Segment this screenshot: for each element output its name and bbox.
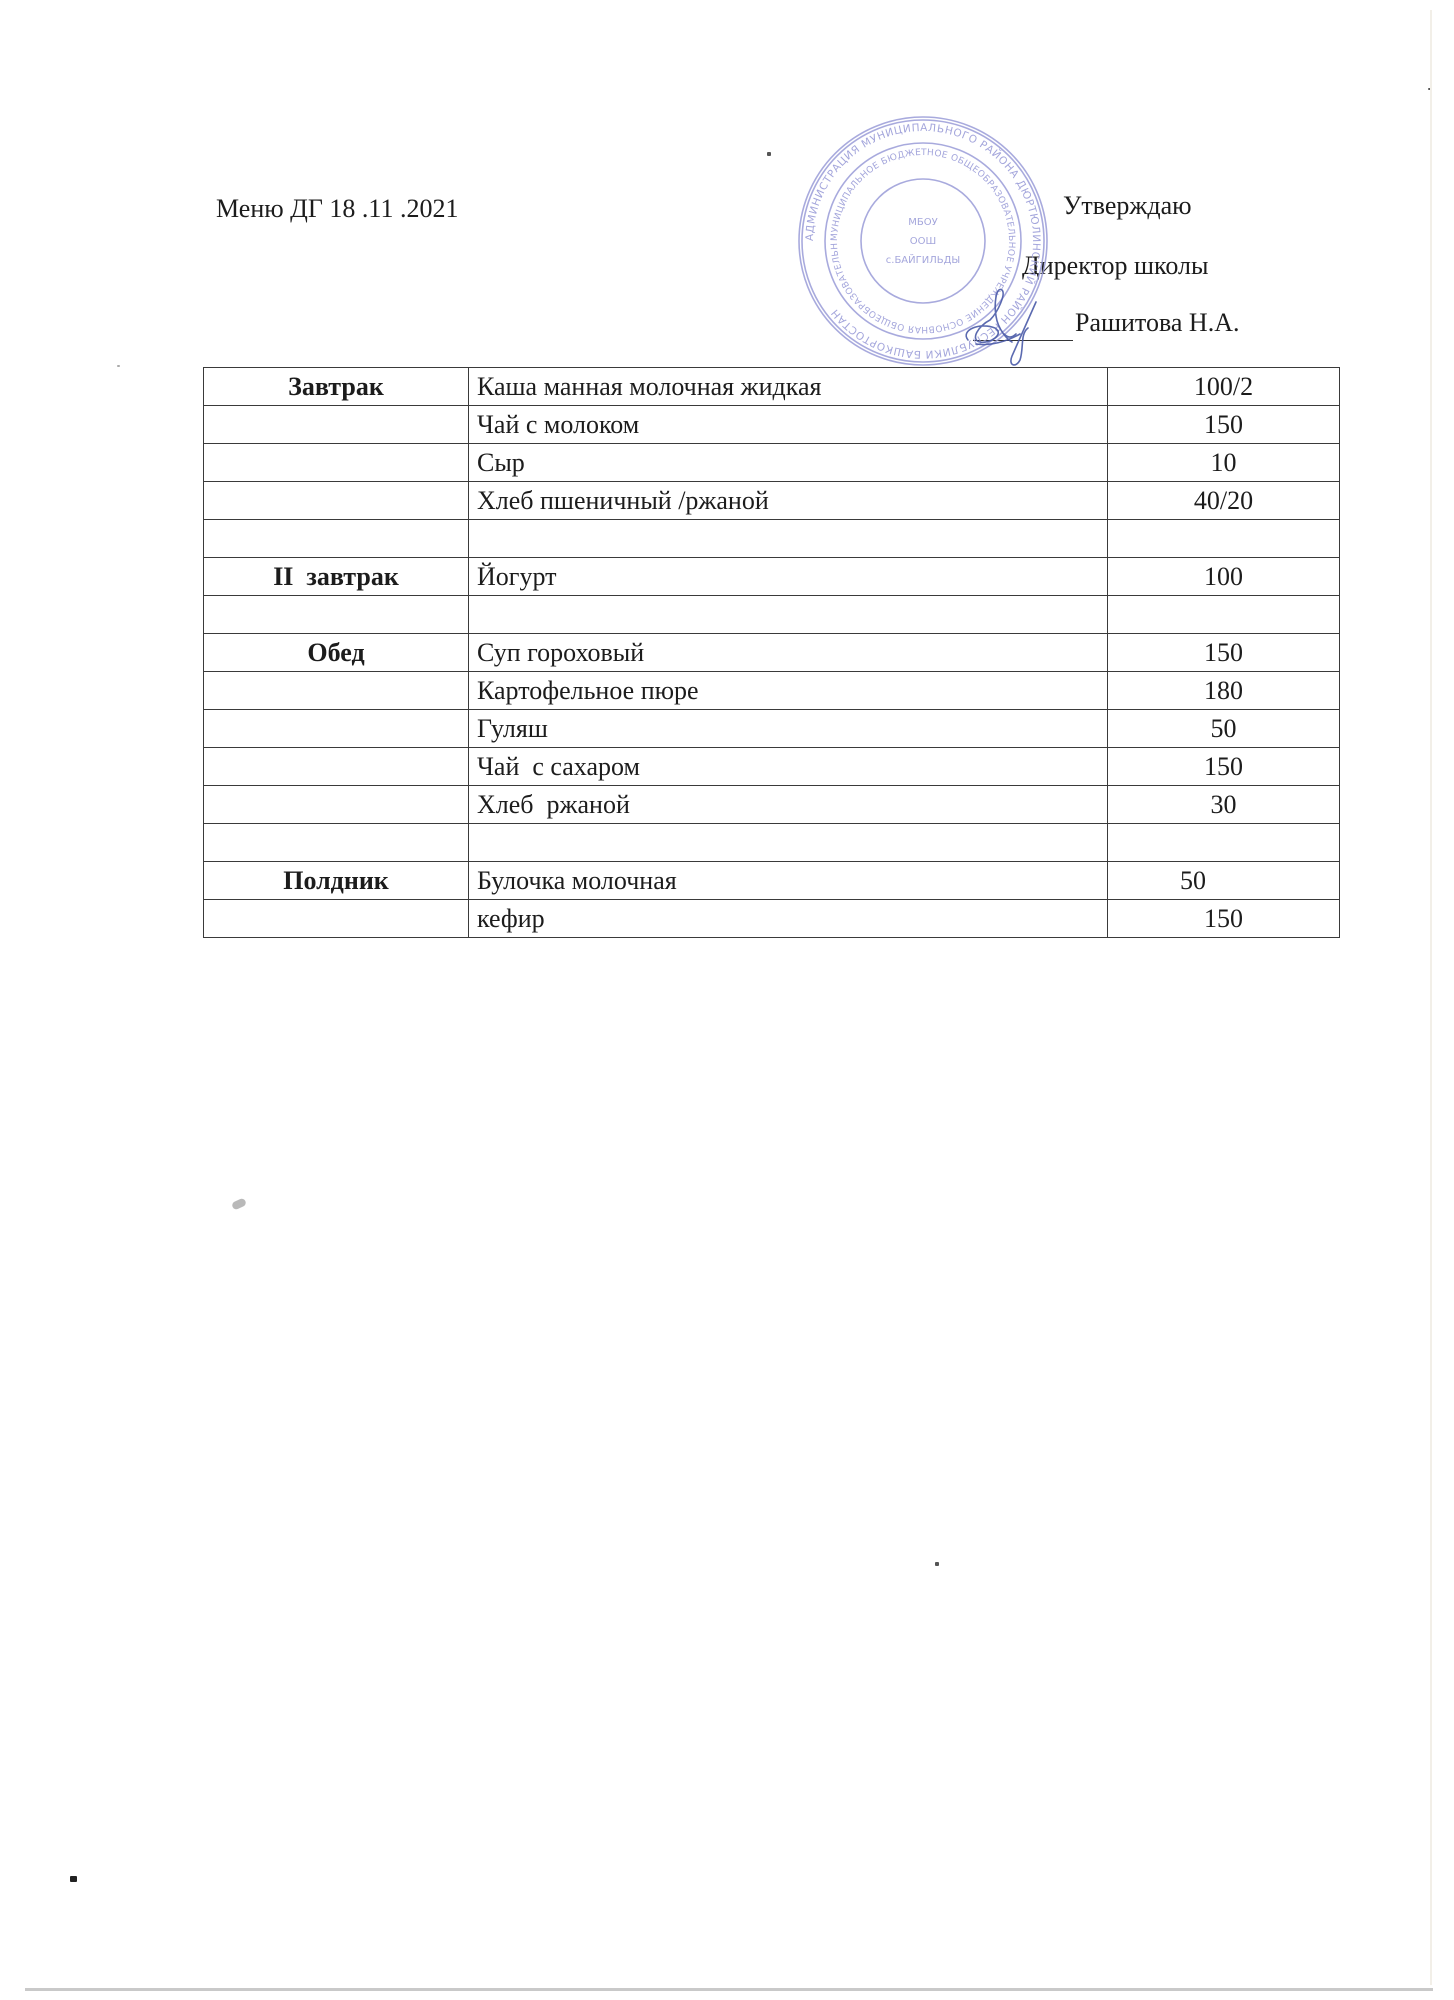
table-row: ПолдникБулочка молочная50 (204, 862, 1340, 900)
menu-table: ЗавтракКаша манная молочная жидкая100/2Ч… (203, 367, 1340, 938)
meal-cell (204, 520, 469, 558)
dish-cell: Чай с молоком (469, 406, 1108, 444)
meal-cell (204, 900, 469, 938)
table-row: Сыр10 (204, 444, 1340, 482)
stamp-line-2: ООШ (910, 236, 936, 247)
portion-cell: 150 (1108, 748, 1340, 786)
director-name: Рашитова Н.А. (1075, 308, 1239, 338)
dish-cell (469, 824, 1108, 862)
portion-cell: 30 (1108, 786, 1340, 824)
stamp-line-3: с.БАЙГИЛЬДЫ (886, 253, 960, 266)
table-row: Хлеб ржаной30 (204, 786, 1340, 824)
signature-icon (950, 282, 1060, 372)
dish-cell: Булочка молочная (469, 862, 1108, 900)
portion-cell: 150 (1108, 634, 1340, 672)
meal-cell: Завтрак (204, 368, 469, 406)
meal-cell (204, 824, 469, 862)
meal-cell (204, 710, 469, 748)
dish-cell: Картофельное пюре (469, 672, 1108, 710)
meal-cell: II завтрак (204, 558, 469, 596)
meal-cell: Обед (204, 634, 469, 672)
portion-cell: 50 (1108, 710, 1340, 748)
portion-cell: 40/20 (1108, 482, 1340, 520)
scan-edge-right (1430, 10, 1432, 1985)
table-row (204, 824, 1340, 862)
dish-cell: кефир (469, 900, 1108, 938)
table-row: II завтракЙогурт100 (204, 558, 1340, 596)
dish-cell (469, 596, 1108, 634)
meal-cell (204, 444, 469, 482)
dish-cell: Хлеб пшеничный /ржаной (469, 482, 1108, 520)
dish-cell: Суп гороховый (469, 634, 1108, 672)
dish-cell: Каша манная молочная жидкая (469, 368, 1108, 406)
scan-smudge (231, 1197, 247, 1210)
dish-cell: Йогурт (469, 558, 1108, 596)
dish-cell: Чай с сахаром (469, 748, 1108, 786)
menu-title: Меню ДГ 18 .11 .2021 (216, 194, 458, 224)
meal-cell: Полдник (204, 862, 469, 900)
table-row: ОбедСуп гороховый150 (204, 634, 1340, 672)
scan-speck (70, 1876, 77, 1882)
table-row (204, 596, 1340, 634)
scan-speck (935, 1562, 939, 1566)
meal-cell (204, 672, 469, 710)
dish-cell: Гуляш (469, 710, 1108, 748)
table-row: кефир150 (204, 900, 1340, 938)
portion-cell: 180 (1108, 672, 1340, 710)
meal-cell (204, 786, 469, 824)
portion-cell (1108, 596, 1340, 634)
meal-cell (204, 596, 469, 634)
table-row: Чай с сахаром150 (204, 748, 1340, 786)
table-row (204, 520, 1340, 558)
approve-label: Утверждаю (1063, 191, 1192, 221)
meal-cell (204, 406, 469, 444)
portion-cell: 150 (1108, 900, 1340, 938)
dish-cell: Хлеб ржаной (469, 786, 1108, 824)
portion-cell: 50 (1108, 862, 1340, 900)
table-row: Гуляш50 (204, 710, 1340, 748)
portion-cell: 100 (1108, 558, 1340, 596)
portion-cell: 150 (1108, 406, 1340, 444)
table-row: Картофельное пюре180 (204, 672, 1340, 710)
scan-edge-bottom (25, 1988, 1433, 1991)
meal-cell (204, 748, 469, 786)
meal-cell (204, 482, 469, 520)
stamp-line-1: МБОУ (908, 217, 937, 228)
portion-cell (1108, 824, 1340, 862)
table-row: ЗавтракКаша манная молочная жидкая100/2 (204, 368, 1340, 406)
dish-cell (469, 520, 1108, 558)
scan-speck (767, 152, 771, 156)
portion-cell (1108, 520, 1340, 558)
portion-cell: 100/2 (1108, 368, 1340, 406)
table-row: Чай с молоком150 (204, 406, 1340, 444)
portion-cell: 10 (1108, 444, 1340, 482)
table-row: Хлеб пшеничный /ржаной40/20 (204, 482, 1340, 520)
scan-speck (117, 365, 120, 367)
dish-cell: Сыр (469, 444, 1108, 482)
